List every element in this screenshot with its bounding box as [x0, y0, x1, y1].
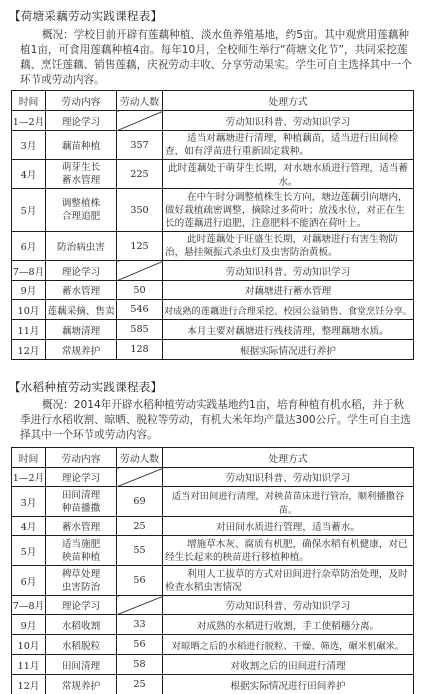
table-row: 10月 莲藕采摘、售卖 546 对成熟的莲藕进行合理采挖、校园公益销售、食堂烹饪…	[12, 300, 414, 320]
table-row: 6月 防治病虫害 125 此时莲藕处于旺盛生长期，对藕塘进行有害生物防治，悬挂频…	[12, 232, 414, 261]
cell-time: 3月	[12, 487, 46, 517]
table-row: 1—2月 理论学习 劳动知识科普、劳动知识学习	[12, 468, 414, 487]
cell-method: 增施草木灰、腐质有机肥，确保水稻有机健康，对已经生长起来的秧苗进行移植种植。	[163, 536, 414, 566]
header-time: 时间	[12, 91, 46, 111]
table-row: 6月 稗草处理 虫害防治 56 利用人工拔草的方式对田间进行杂草防治处理，及时检…	[12, 566, 414, 596]
cell-count: 55	[117, 536, 163, 566]
cell-count: 546	[117, 300, 163, 320]
cell-count: 350	[117, 189, 163, 232]
header-time: 时间	[12, 448, 46, 468]
cell-time: 7—8月	[12, 596, 46, 615]
cell-content: 稗草处理 虫害防治	[46, 566, 117, 596]
cell-content: 蓄水管理	[46, 281, 117, 300]
table-row: 4月 蓄水管理 25 对田间水质进行管理，适当蓄水。	[12, 517, 414, 536]
cell-count-empty-diagonal	[117, 596, 163, 615]
table-row: 3月 田间清理 种苗播撒 69 适当对田间进行清理，对秧苗苗床进行管治，顺利播撒…	[12, 487, 414, 517]
cell-count: 25	[117, 675, 163, 694]
rice-section-title: 【水稻种植劳动实践课程表】	[9, 379, 162, 395]
rice-course-table: 时间 劳动内容 劳动人数 处理方式 1—2月 理论学习 劳动知识科普、劳动知识学…	[11, 447, 414, 694]
header-method: 处理方式	[163, 448, 414, 468]
cell-time: 9月	[12, 615, 46, 635]
table-row: 12月 常规养护 25 根据实际情况进行田间养护	[12, 675, 414, 694]
cell-time: 11月	[12, 320, 46, 340]
cell-count: 33	[117, 615, 163, 635]
cell-count: 25	[117, 517, 163, 536]
cell-count: 128	[117, 340, 163, 360]
cell-time: 4月	[12, 160, 46, 189]
cell-count-empty-diagonal	[117, 468, 163, 487]
cell-time: 7—8月	[12, 261, 46, 281]
table-header-row: 时间 劳动内容 劳动人数 处理方式	[12, 91, 414, 111]
cell-content: 理论学习	[46, 261, 117, 281]
cell-time: 6月	[12, 232, 46, 261]
method-text: 增施草木灰、腐质有机肥，确保水稻有机健康，对已经生长起来的秧苗进行移植种植。	[165, 539, 408, 563]
table-row: 11月 田间清理 58 对收割之后的田间进行清理	[12, 655, 414, 675]
table-row: 10月 水稻脱粒 56 对晾晒之后的水稻进行脱粒、干燥、筛选，碾米机碾米。	[12, 635, 414, 655]
table-row: 3月 藕苗种植 357 适当对藕塘进行清理，种植藕苗，适当进行田间检查，如有浮苗…	[12, 131, 414, 160]
cell-content: 蓄水管理	[46, 517, 117, 536]
table-row: 9月 蓄水管理 50 对藕塘进行蓄水管理	[12, 281, 414, 300]
cell-method: 对藕塘进行蓄水管理	[163, 281, 414, 300]
cell-method: 劳动知识科普、劳动知识学习	[163, 261, 414, 281]
content-text: 调整植株 合理追肥	[56, 197, 106, 223]
cell-content: 常规养护	[46, 675, 117, 694]
cell-method: 本月主要对藕塘进行残枝清理，整理藕塘水质。	[163, 320, 414, 340]
cell-content: 理论学习	[46, 468, 117, 487]
header-content: 劳动内容	[46, 91, 117, 111]
cell-method: 对收割之后的田间进行清理	[163, 655, 414, 675]
cell-count: 225	[117, 160, 163, 189]
cell-count: 56	[117, 635, 163, 655]
cell-method: 适当对田间进行清理，对秧苗苗床进行管治，顺利播撒谷苗。	[163, 487, 414, 517]
method-text: 适当对藕塘进行清理，种植藕苗，适当进行田间检查，如有浮苗进行重新固定栽种。	[165, 133, 398, 157]
cell-count: 585	[117, 320, 163, 340]
cell-content: 田间清理	[46, 655, 117, 675]
header-count: 劳动人数	[117, 448, 163, 468]
cell-method: 适当对藕塘进行清理，种植藕苗，适当进行田间检查，如有浮苗进行重新固定栽种。	[163, 131, 414, 160]
cell-time: 12月	[12, 675, 46, 694]
cell-method: 劳动知识科普、劳动知识学习	[163, 111, 414, 131]
table-row: 4月 萌芽生长 蓄水管理 225 此时莲藕处于萌芽生长期，对水塘水质进行管理，适…	[12, 160, 414, 189]
method-text: 利用人工拔草的方式对田间进行杂草防治处理，及时检查水稻虫害情况	[165, 569, 408, 593]
table-row: 11月 藕塘清理 585 本月主要对藕塘进行残枝清理，整理藕塘水质。	[12, 320, 414, 340]
table-row: 7—8月 理论学习 劳动知识科普、劳动知识学习	[12, 596, 414, 615]
cell-method: 根据实际情况进行田间养护	[163, 675, 414, 694]
header-count: 劳动人数	[117, 91, 163, 111]
cell-time: 1—2月	[12, 468, 46, 487]
cell-content: 藕塘清理	[46, 320, 117, 340]
cell-time: 9月	[12, 281, 46, 300]
cell-time: 10月	[12, 300, 46, 320]
content-text: 稗草处理 虫害防治	[56, 568, 106, 594]
cell-method: 对成熟的莲藕进行合理采挖、校园公益销售、食堂烹饪分享。	[163, 300, 414, 320]
cell-content: 水稻收割	[46, 615, 117, 635]
cell-content: 水稻脱粒	[46, 635, 117, 655]
table-row: 1—2月 理论学习 劳动知识科普、劳动知识学习	[12, 111, 414, 131]
cell-content: 藕苗种植	[46, 131, 117, 160]
cell-time: 11月	[12, 655, 46, 675]
cell-content: 适当施肥 秧苗种植	[46, 536, 117, 566]
cell-method: 劳动知识科普、劳动知识学习	[163, 596, 414, 615]
cell-count: 125	[117, 232, 163, 261]
cell-method: 根据实际情况进行养护	[163, 340, 414, 360]
cell-content: 常规养护	[46, 340, 117, 360]
content-text: 适当施肥 秧苗种植	[56, 538, 106, 564]
cell-method: 对田间水质进行管理，适当蓄水。	[163, 517, 414, 536]
cell-count: 357	[117, 131, 163, 160]
cell-time: 1—2月	[12, 111, 46, 131]
method-text: 在中午时分调整植株生长方向，塘边莲藕引向塘内，做好栽植疏密调整，摘除过多荷叶；放…	[165, 192, 408, 229]
table-row: 5月 调整植株 合理追肥 350 在中午时分调整植株生长方向，塘边莲藕引向塘内，…	[12, 189, 414, 232]
table-row: 5月 适当施肥 秧苗种植 55 增施草木灰、腐质有机肥，确保水稻有机健康，对已经…	[12, 536, 414, 566]
lotus-intro-paragraph: 概况：学校目前开辟有莲藕种植、淡水鱼养殖基地，约5亩。其中观赏用莲藕种植1亩，可…	[20, 28, 412, 88]
table-row: 12月 常规养护 128 根据实际情况进行养护	[12, 340, 414, 360]
cell-content: 理论学习	[46, 111, 117, 131]
rice-intro-paragraph: 概况：2014年开辟水稻种植劳动实践基地约1亩，培育种植有机水稻，并于秋季进行水…	[20, 398, 412, 443]
cell-content: 萌芽生长 蓄水管理	[46, 160, 117, 189]
cell-count-empty-diagonal	[117, 111, 163, 131]
cell-method: 劳动知识科普、劳动知识学习	[163, 468, 414, 487]
cell-content: 防治病虫害	[46, 232, 117, 261]
cell-time: 10月	[12, 635, 46, 655]
table-row: 7—8月 理论学习 劳动知识科普、劳动知识学习	[12, 261, 414, 281]
header-method: 处理方式	[163, 91, 414, 111]
cell-method: 在中午时分调整植株生长方向，塘边莲藕引向塘内，做好栽植疏密调整，摘除过多荷叶；放…	[163, 189, 414, 232]
cell-method: 利用人工拔草的方式对田间进行杂草防治处理，及时检查水稻虫害情况	[163, 566, 414, 596]
cell-content: 田间清理 种苗播撒	[46, 487, 117, 517]
cell-time: 5月	[12, 189, 46, 232]
content-text: 萌芽生长 蓄水管理	[56, 161, 106, 187]
header-content: 劳动内容	[46, 448, 117, 468]
cell-time: 6月	[12, 566, 46, 596]
lotus-course-table: 时间 劳动内容 劳动人数 处理方式 1—2月 理论学习 劳动知识科普、劳动知识学…	[11, 90, 414, 360]
content-text: 田间清理 种苗播撒	[56, 489, 106, 515]
cell-count: 58	[117, 655, 163, 675]
method-text: 此时莲藕处于旺盛生长期，对藕塘进行有害生物防治，悬挂频振式杀虫灯及虫害防治黄板。	[165, 234, 398, 258]
table-row: 9月 水稻收割 33 对成熟的水稻进行收割，手工使稻穗分离。	[12, 615, 414, 635]
cell-count: 56	[117, 566, 163, 596]
cell-time: 4月	[12, 517, 46, 536]
cell-content: 莲藕采摘、售卖	[46, 300, 117, 320]
cell-method: 对晾晒之后的水稻进行脱粒、干燥、筛选，碾米机碾米。	[163, 635, 414, 655]
lotus-section-title: 【荷塘采藕劳动实践课程表】	[9, 8, 162, 24]
cell-count: 50	[117, 281, 163, 300]
cell-time: 3月	[12, 131, 46, 160]
cell-content: 理论学习	[46, 596, 117, 615]
cell-method: 此时莲藕处于旺盛生长期，对藕塘进行有害生物防治，悬挂频振式杀虫灯及虫害防治黄板。	[163, 232, 414, 261]
cell-count-empty-diagonal	[117, 261, 163, 281]
cell-content: 调整植株 合理追肥	[46, 189, 117, 232]
cell-time: 5月	[12, 536, 46, 566]
table-header-row: 时间 劳动内容 劳动人数 处理方式	[12, 448, 414, 468]
cell-count: 69	[117, 487, 163, 517]
cell-method: 对成熟的水稻进行收割，手工使稻穗分离。	[163, 615, 414, 635]
cell-time: 12月	[12, 340, 46, 360]
cell-method: 此时莲藕处于萌芽生长期，对水塘水质进行管理，适当蓄水。	[163, 160, 414, 189]
